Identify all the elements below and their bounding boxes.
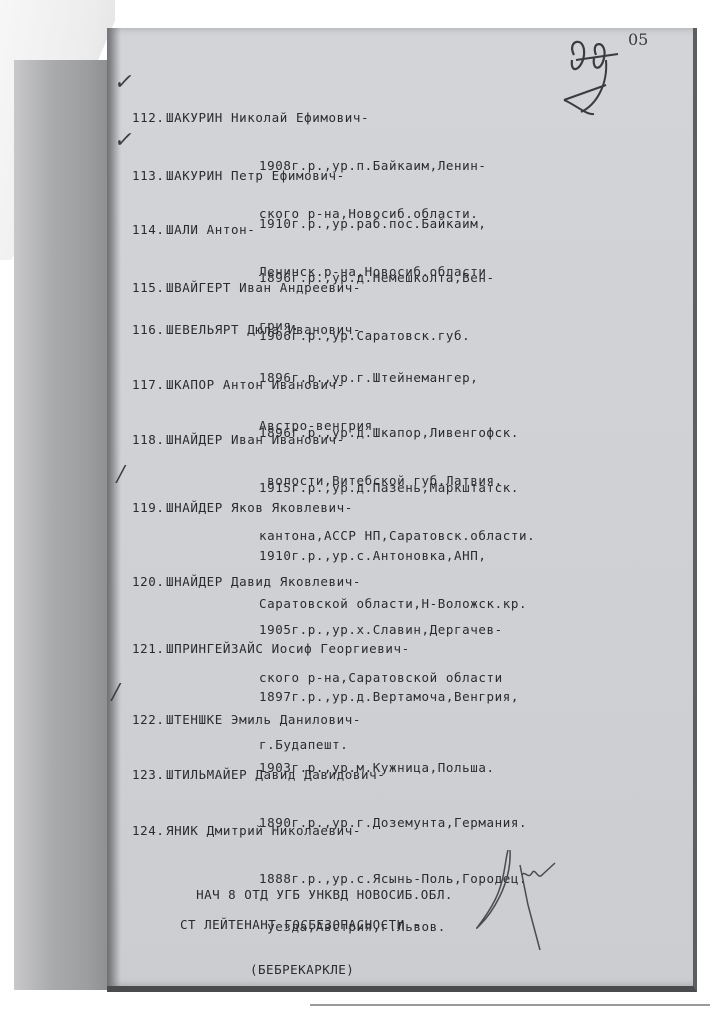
- folio-number-handwritten: 05: [556, 30, 656, 130]
- signoff-position: НАЧ 8 ОТД УГБ УНКВД НОВОСИБ.ОБЛ.: [196, 887, 453, 902]
- binder-spine: [14, 60, 111, 990]
- handwritten-signature: [470, 845, 570, 955]
- svg-text:05: 05: [628, 30, 648, 49]
- signature-block: НАЧ 8 ОТД УГБ УНКВД НОВОСИБ.ОБЛ. СТ ЛЕЙТ…: [180, 872, 453, 992]
- signoff-name: (БЕБРЕКАРКЛЕ): [180, 962, 453, 977]
- scan-edge-line: [310, 1004, 710, 1006]
- signoff-rank: СТ ЛЕЙТЕНАНТ ГОСБЕЗОПАСНОСТИ -: [180, 917, 453, 932]
